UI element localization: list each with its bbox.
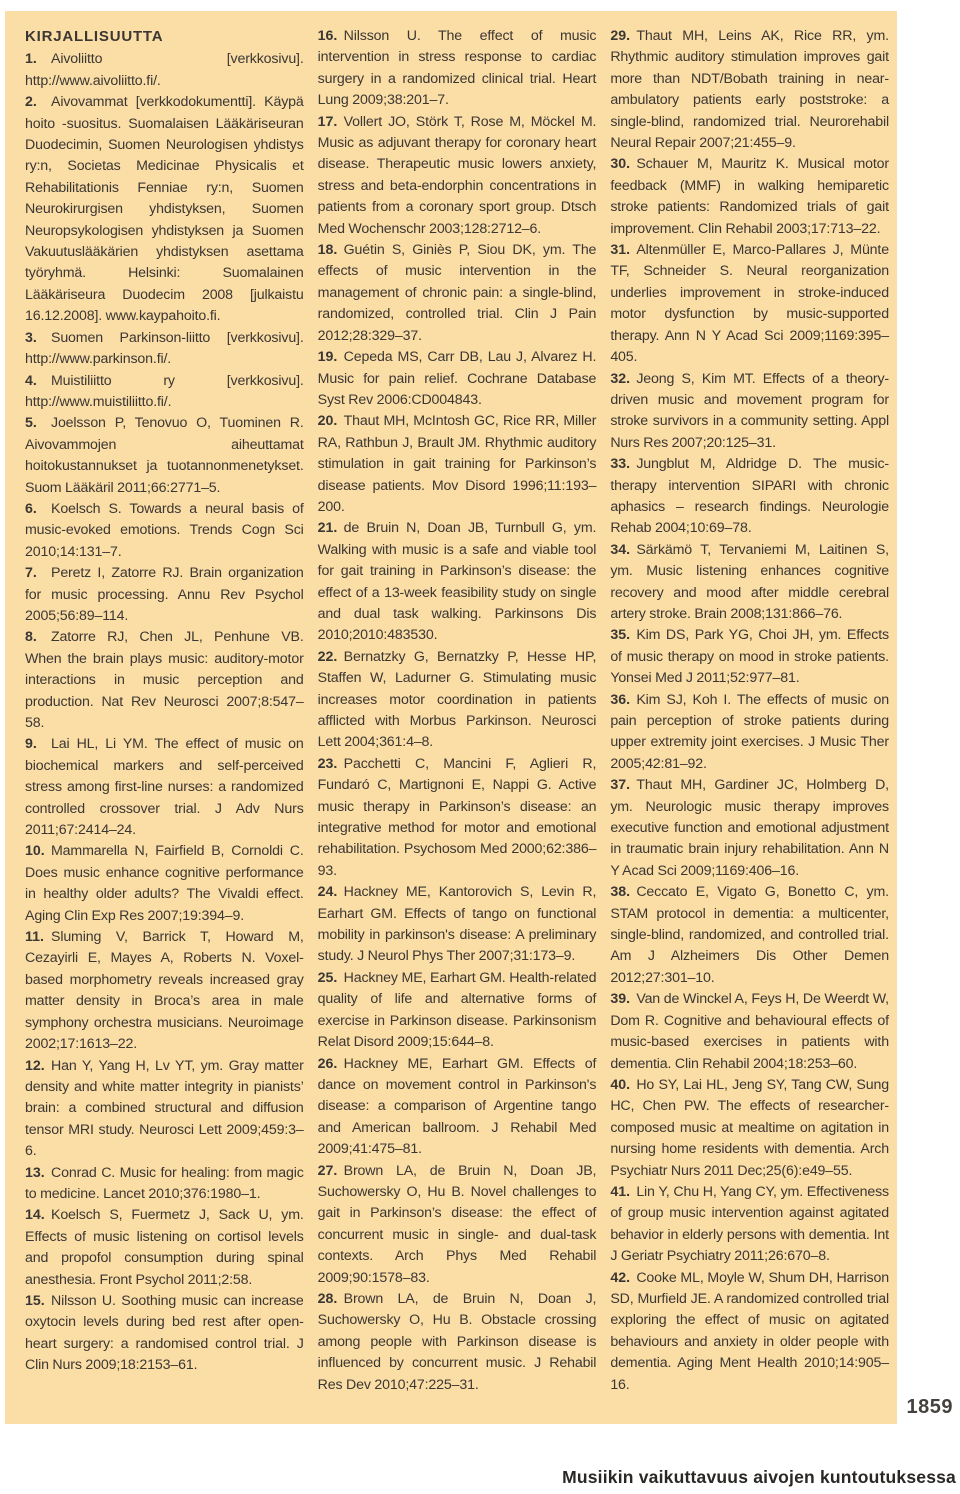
reference-number: 33. [610, 454, 636, 475]
reference-text: Hackney ME, Earhart GM. Effects of dance… [318, 1056, 597, 1158]
reference-number: 25. [318, 968, 344, 989]
reference-text: Bernatzky G, Bernatzky P, Hesse HP, Staf… [318, 649, 597, 751]
reference-text: Cepeda MS, Carr DB, Lau J, Alvarez H. Mu… [318, 349, 597, 408]
reference-entry: 32.Jeong S, Kim MT. Effects of a theory-… [610, 369, 889, 455]
reference-entry: 18.Guétin S, Giniès P, Siou DK, ym. The … [318, 240, 597, 347]
reference-entry: 1.Aivoliitto [verkkosivu]. http://www.ai… [25, 49, 304, 92]
reference-number: 35. [610, 625, 636, 646]
bibliography-panel: KIRJALLISUUTTA 1.Aivoliitto [verkkosivu]… [5, 11, 897, 1424]
reference-entry: 33.Jungblut M, Aldridge D. The music-the… [610, 454, 889, 540]
reference-text: Thaut MH, McIntosh GC, Rice RR, Miller R… [318, 413, 597, 515]
reference-text: Peretz I, Zatorre RJ. Brain organization… [25, 565, 304, 624]
reference-entry: 2.Aivovammat [verkkodokumentti]. Käypä h… [25, 92, 304, 327]
reference-text: Jungblut M, Aldridge D. The music-therap… [610, 456, 889, 536]
reference-entry: 4.Muistiliitto ry [verkkosivu]. http://w… [25, 371, 304, 414]
reference-number: 41. [610, 1182, 636, 1203]
reference-text: Thaut MH, Leins AK, Rice RR, ym. Rhythmi… [610, 28, 889, 151]
reference-text: Aivovammat [verkkodokumentti]. Käypä hoi… [25, 94, 304, 324]
reference-number: 27. [318, 1161, 344, 1182]
reference-entry: 17.Vollert JO, Störk T, Rose M, Möckel M… [318, 112, 597, 240]
reference-text: Suomen Parkinson-liitto [verkkosivu]. ht… [25, 330, 304, 367]
running-title: Musiikin vaikuttavuus aivojen kuntoutuks… [562, 1467, 956, 1488]
reference-number: 26. [318, 1054, 344, 1075]
reference-entry: 3.Suomen Parkinson-liitto [verkkosivu]. … [25, 328, 304, 371]
reference-text: Lin Y, Chu H, Yang CY, ym. Effectiveness… [610, 1184, 889, 1264]
journal-page: { "page": { "background": "#ffffff", "pa… [0, 0, 960, 1494]
reference-text: Brown LA, de Bruin N, Doan J, Suchowersk… [318, 1291, 597, 1393]
page-number: 1859 [907, 1396, 954, 1419]
reference-text: de Bruin N, Doan JB, Turnbull G, ym. Wal… [318, 520, 597, 643]
reference-entry: 16.Nilsson U. The effect of music interv… [318, 26, 597, 112]
reference-number: 29. [610, 26, 636, 47]
reference-entry: 6.Koelsch S. Towards a neural basis of m… [25, 499, 304, 563]
reference-number: 19. [318, 347, 344, 368]
reference-text: Zatorre RJ, Chen JL, Penhune VB. When th… [25, 629, 304, 731]
reference-entry: 13.Conrad C. Music for healing: from mag… [25, 1163, 304, 1206]
reference-text: Guétin S, Giniès P, Siou DK, ym. The eff… [318, 242, 597, 344]
reference-number: 37. [610, 775, 636, 796]
reference-number: 14. [25, 1205, 51, 1226]
reference-entry: 34.Särkämö T, Tervaniemi M, Laitinen S, … [610, 540, 889, 626]
reference-entry: 24.Hackney ME, Kantorovich S, Levin R, E… [318, 882, 597, 968]
reference-number: 7. [25, 563, 51, 584]
reference-entry: 9.Lai HL, Li YM. The effect of music on … [25, 734, 304, 841]
reference-entry: 40.Ho SY, Lai HL, Jeng SY, Tang CW, Sung… [610, 1075, 889, 1182]
reference-number: 10. [25, 841, 51, 862]
reference-text: Brown LA, de Bruin N, Doan JB, Suchowers… [318, 1163, 597, 1286]
reference-text: Koelsch S. Towards a neural basis of mus… [25, 501, 304, 560]
reference-number: 31. [610, 240, 636, 261]
reference-entry: 38.Ceccato E, Vigato G, Bonetto C, ym. S… [610, 882, 889, 989]
reference-text: Cooke ML, Moyle W, Shum DH, Harrison SD,… [610, 1270, 889, 1393]
reference-number: 2. [25, 92, 51, 113]
reference-text: Koelsch S, Fuermetz J, Sack U, ym. Effec… [25, 1207, 304, 1287]
reference-entry: 25.Hackney ME, Earhart GM. Health-relate… [318, 968, 597, 1054]
reference-number: 17. [318, 112, 344, 133]
reference-entry: 42.Cooke ML, Moyle W, Shum DH, Harrison … [610, 1268, 889, 1396]
reference-text: Lai HL, Li YM. The effect of music on bi… [25, 736, 304, 838]
reference-entry: 19.Cepeda MS, Carr DB, Lau J, Alvarez H.… [318, 347, 597, 411]
reference-entry: 14.Koelsch S, Fuermetz J, Sack U, ym. Ef… [25, 1205, 304, 1291]
reference-text: Kim DS, Park YG, Choi JH, ym. Effects of… [610, 627, 889, 686]
reference-text: Han Y, Yang H, Lv YT, ym. Gray matter de… [25, 1058, 304, 1160]
reference-text: Kim SJ, Koh I. The effects of music on p… [610, 692, 889, 772]
reference-number: 39. [610, 989, 636, 1010]
reference-number: 4. [25, 371, 51, 392]
reference-entry: 28.Brown LA, de Bruin N, Doan J, Suchowe… [318, 1289, 597, 1396]
reference-number: 13. [25, 1163, 51, 1184]
reference-entry: 20.Thaut MH, McIntosh GC, Rice RR, Mille… [318, 411, 597, 518]
reference-entry: 5.Joelsson P, Tenovuo O, Tuominen R. Aiv… [25, 413, 304, 499]
reference-number: 36. [610, 690, 636, 711]
reference-number: 6. [25, 499, 51, 520]
reference-number: 22. [318, 647, 344, 668]
reference-entry: 12.Han Y, Yang H, Lv YT, ym. Gray matter… [25, 1056, 304, 1163]
reference-number: 21. [318, 518, 344, 539]
reference-entry: 29.Thaut MH, Leins AK, Rice RR, ym. Rhyt… [610, 26, 889, 154]
reference-entry: 35.Kim DS, Park YG, Choi JH, ym. Effects… [610, 625, 889, 689]
reference-number: 20. [318, 411, 344, 432]
reference-entry: 7.Peretz I, Zatorre RJ. Brain organizati… [25, 563, 304, 627]
reference-text: Van de Winckel A, Feys H, De Weerdt W, D… [610, 991, 889, 1071]
reference-entry: 11.Sluming V, Barrick T, Howard M, Cezay… [25, 927, 304, 1055]
reference-text: Pacchetti C, Mancini F, Aglieri R, Funda… [318, 756, 597, 879]
reference-entry: 41.Lin Y, Chu H, Yang CY, ym. Effectiven… [610, 1182, 889, 1268]
reference-entry: 10.Mammarella N, Fairfield B, Cornoldi C… [25, 841, 304, 927]
reference-entry: 31.Altenmüller E, Marco-Pallares J, Münt… [610, 240, 889, 368]
reference-number: 40. [610, 1075, 636, 1096]
reference-text: Nilsson U. Soothing music can increase o… [25, 1293, 304, 1373]
reference-entry: 23.Pacchetti C, Mancini F, Aglieri R, Fu… [318, 754, 597, 882]
reference-entry: 15.Nilsson U. Soothing music can increas… [25, 1291, 304, 1377]
reference-number: 11. [25, 927, 51, 948]
reference-text: Särkämö T, Tervaniemi M, Laitinen S, ym.… [610, 542, 889, 622]
reference-number: 23. [318, 754, 344, 775]
reference-text: Altenmüller E, Marco-Pallares J, Münte T… [610, 242, 889, 365]
reference-text: Hackney ME, Kantorovich S, Levin R, Earh… [318, 884, 597, 964]
reference-number: 28. [318, 1289, 344, 1310]
reference-number: 24. [318, 882, 344, 903]
reference-entry: 36.Kim SJ, Koh I. The effects of music o… [610, 690, 889, 776]
reference-number: 5. [25, 413, 51, 434]
reference-number: 3. [25, 328, 51, 349]
reference-text: Conrad C. Music for healing: from magic … [25, 1165, 304, 1202]
reference-number: 18. [318, 240, 344, 261]
reference-text: Sluming V, Barrick T, Howard M, Cezayirl… [25, 929, 304, 1052]
reference-text: Aivoliitto [verkkosivu]. http://www.aivo… [25, 51, 304, 88]
reference-number: 38. [610, 882, 636, 903]
reference-number: 9. [25, 734, 51, 755]
reference-entry: 26.Hackney ME, Earhart GM. Effects of da… [318, 1054, 597, 1161]
reference-number: 32. [610, 369, 636, 390]
reference-entry: 21.de Bruin N, Doan JB, Turnbull G, ym. … [318, 518, 597, 646]
reference-text: Nilsson U. The effect of music intervent… [318, 28, 597, 108]
reference-number: 42. [610, 1268, 636, 1289]
reference-entry: 30.Schauer M, Mauritz K. Musical motor f… [610, 154, 889, 240]
reference-number: 12. [25, 1056, 51, 1077]
reference-number: 30. [610, 154, 636, 175]
reference-text: Ceccato E, Vigato G, Bonetto C, ym. STAM… [610, 884, 889, 986]
reference-number: 16. [318, 26, 344, 47]
reference-entry: 22.Bernatzky G, Bernatzky P, Hesse HP, S… [318, 647, 597, 754]
reference-text: Jeong S, Kim MT. Effects of a theory-dri… [610, 371, 889, 451]
reference-entry: 37.Thaut MH, Gardiner JC, Holmberg D, ym… [610, 775, 889, 882]
reference-text: Mammarella N, Fairfield B, Cornoldi C. D… [25, 843, 304, 923]
reference-entry: 27.Brown LA, de Bruin N, Doan JB, Suchow… [318, 1161, 597, 1289]
reference-entry: 39.Van de Winckel A, Feys H, De Weerdt W… [610, 989, 889, 1075]
reference-number: 34. [610, 540, 636, 561]
reference-text: Muistiliitto ry [verkkosivu]. http://www… [25, 373, 304, 410]
reference-text: Hackney ME, Earhart GM. Health-related q… [318, 970, 597, 1050]
reference-text: Schauer M, Mauritz K. Musical motor feed… [610, 156, 889, 236]
reference-number: 1. [25, 49, 51, 70]
reference-number: 8. [25, 627, 51, 648]
reference-text: Vollert JO, Störk T, Rose M, Möckel M. M… [318, 114, 597, 237]
reference-text: Ho SY, Lai HL, Jeng SY, Tang CW, Sung HC… [610, 1077, 889, 1179]
reference-text: Joelsson P, Tenovuo O, Tuominen R. Aivov… [25, 415, 304, 495]
reference-number: 15. [25, 1291, 51, 1312]
reference-list: KIRJALLISUUTTA 1.Aivoliitto [verkkosivu]… [25, 26, 889, 1418]
reference-text: Thaut MH, Gardiner JC, Holmberg D, ym. N… [610, 777, 889, 879]
bibliography-heading: KIRJALLISUUTTA [25, 26, 304, 47]
reference-entry: 8.Zatorre RJ, Chen JL, Penhune VB. When … [25, 627, 304, 734]
